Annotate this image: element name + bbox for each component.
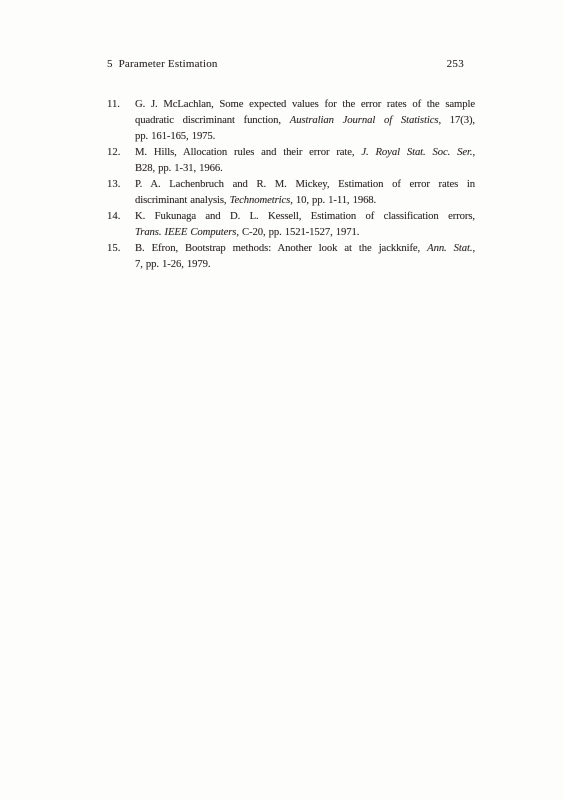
reference-text: P. A. Lachenbruch and R. M. Mickey, Esti… bbox=[135, 176, 475, 208]
reference-segment: quadratic discriminant function, bbox=[135, 114, 290, 126]
journal-title: Australian Journal of Statistics bbox=[290, 114, 439, 126]
reference-line: quadratic discriminant function, Austral… bbox=[135, 112, 475, 128]
reference-line: B. Efron, Bootstrap methods: Another loo… bbox=[135, 240, 475, 256]
running-header: 5 Parameter Estimation bbox=[107, 56, 218, 72]
reference-segment: discriminant analysis, bbox=[135, 194, 230, 206]
reference-segment: 7, pp. 1-26, 1979. bbox=[135, 258, 210, 270]
reference-item: 15.B. Efron, Bootstrap methods: Another … bbox=[107, 240, 475, 272]
reference-segment: , 10, pp. 1-11, 1968. bbox=[290, 194, 376, 206]
page-number: 253 bbox=[447, 56, 464, 72]
reference-segment: K. Fukunaga and D. L. Kessell, Estimatio… bbox=[135, 210, 475, 222]
reference-segment: pp. 161-165, 1975. bbox=[135, 130, 215, 142]
reference-number: 13. bbox=[107, 176, 135, 208]
reference-segment: , 17(3), bbox=[438, 114, 475, 126]
reference-segment: P. A. Lachenbruch and R. M. Mickey, Esti… bbox=[135, 178, 475, 190]
reference-list: 11.G. J. McLachlan, Some expected values… bbox=[107, 96, 475, 272]
reference-number: 12. bbox=[107, 144, 135, 176]
reference-segment: M. Hills, Allocation rules and their err… bbox=[135, 146, 361, 158]
reference-segment: G. J. McLachlan, Some expected values fo… bbox=[135, 98, 475, 110]
reference-segment: , bbox=[472, 242, 475, 254]
reference-line: P. A. Lachenbruch and R. M. Mickey, Esti… bbox=[135, 176, 475, 192]
journal-title: Trans. IEEE Computers bbox=[135, 226, 236, 238]
reference-segment: , C-20, pp. 1521-1527, 1971. bbox=[236, 226, 359, 238]
journal-title: J. Royal Stat. Soc. Ser. bbox=[361, 146, 472, 158]
reference-line: Trans. IEEE Computers, C-20, pp. 1521-15… bbox=[135, 224, 475, 240]
reference-line: G. J. McLachlan, Some expected values fo… bbox=[135, 96, 475, 112]
reference-item: 13.P. A. Lachenbruch and R. M. Mickey, E… bbox=[107, 176, 475, 208]
reference-line: K. Fukunaga and D. L. Kessell, Estimatio… bbox=[135, 208, 475, 224]
reference-line: M. Hills, Allocation rules and their err… bbox=[135, 144, 475, 160]
reference-text: M. Hills, Allocation rules and their err… bbox=[135, 144, 475, 176]
reference-number: 14. bbox=[107, 208, 135, 240]
journal-title: Ann. Stat. bbox=[427, 242, 472, 254]
reference-text: B. Efron, Bootstrap methods: Another loo… bbox=[135, 240, 475, 272]
reference-number: 11. bbox=[107, 96, 135, 144]
reference-segment: , bbox=[472, 146, 475, 158]
page-header: 5 Parameter Estimation 253 bbox=[107, 56, 464, 72]
journal-title: Technometrics bbox=[230, 194, 291, 206]
reference-number: 15. bbox=[107, 240, 135, 272]
reference-text: K. Fukunaga and D. L. Kessell, Estimatio… bbox=[135, 208, 475, 240]
reference-item: 14.K. Fukunaga and D. L. Kessell, Estima… bbox=[107, 208, 475, 240]
reference-line: pp. 161-165, 1975. bbox=[135, 128, 475, 144]
reference-item: 12.M. Hills, Allocation rules and their … bbox=[107, 144, 475, 176]
reference-line: B28, pp. 1-31, 1966. bbox=[135, 160, 475, 176]
reference-segment: B. Efron, Bootstrap methods: Another loo… bbox=[135, 242, 427, 254]
reference-segment: B28, pp. 1-31, 1966. bbox=[135, 162, 223, 174]
reference-item: 11.G. J. McLachlan, Some expected values… bbox=[107, 96, 475, 144]
reference-text: G. J. McLachlan, Some expected values fo… bbox=[135, 96, 475, 144]
book-page: 5 Parameter Estimation 253 11.G. J. McLa… bbox=[0, 0, 563, 800]
reference-line: 7, pp. 1-26, 1979. bbox=[135, 256, 475, 272]
reference-line: discriminant analysis, Technometrics, 10… bbox=[135, 192, 475, 208]
